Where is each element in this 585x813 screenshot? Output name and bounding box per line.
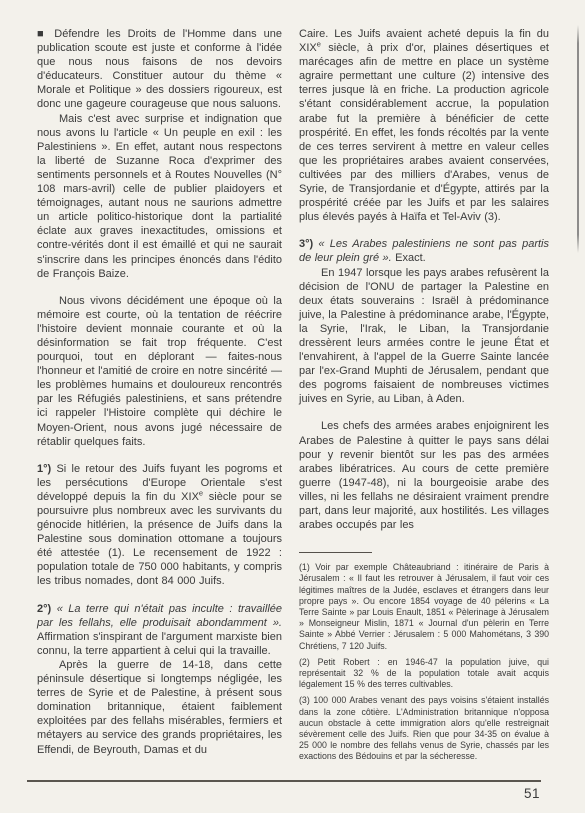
text-segment: XIX — [299, 42, 317, 54]
text-segment: En 1947 lorsque les pays arabes refusère… — [299, 267, 549, 406]
page-number: 51 — [524, 786, 540, 801]
text-segment: Défendre les Droits de l'Homme dans une … — [37, 28, 282, 110]
paragraph-events-1947: En 1947 lorsque les pays arabes refusère… — [299, 266, 549, 407]
square-bullet-icon: ■ — [37, 28, 54, 40]
text-segment: Les chefs des armées arabes enjoignirent… — [299, 420, 549, 531]
text-segment: « La terre qui n'était pas inculte : tra… — [37, 603, 282, 629]
text-columns: ■ Défendre les Droits de l'Homme dans un… — [37, 27, 549, 763]
text-segment: Exact. — [392, 252, 426, 264]
paragraph-after-ww1: Après la guerre de 14-18, dans cette pén… — [37, 658, 282, 757]
paragraph-footnote-2: (2) Petit Robert : en 1946-47 la populat… — [299, 657, 549, 691]
footer-rule — [27, 780, 541, 782]
text-segment: siècle pour se poursuivre plus nombreux … — [37, 491, 282, 588]
text-segment: (3) 100 000 Arabes venant des pays voisi… — [299, 695, 549, 761]
paragraph-point-3: 3°) « Les Arabes palestiniens ne sont pa… — [299, 237, 549, 265]
text-segment: (2) Petit Robert : en 1946-47 la populat… — [299, 657, 549, 689]
paragraph-land-purchases: Caire. Les Juifs avaient acheté depuis l… — [299, 27, 549, 224]
right-column: Caire. Les Juifs avaient acheté depuis l… — [299, 27, 549, 763]
text-segment: Nous vivons décidément une époque où la … — [37, 295, 282, 448]
text-segment: (1) Voir par exemple Châteaubriand : iti… — [299, 562, 549, 650]
left-column: ■ Défendre les Droits de l'Homme dans un… — [37, 27, 282, 763]
paragraph-era-reflection: Nous vivons décidément une époque où la … — [37, 294, 282, 449]
text-segment: Après la guerre de 14-18, dans cette pén… — [37, 659, 282, 756]
footnotes: (1) Voir par exemple Châteaubriand : iti… — [299, 562, 549, 762]
paragraph-point-1: 1°) Si le retour des Juifs fuyant les po… — [37, 462, 282, 589]
text-segment: Affirmation s'inspirant de l'argument ma… — [37, 631, 282, 657]
scan-artifact-line — [577, 25, 579, 253]
paragraph-intro: ■ Défendre les Droits de l'Homme dans un… — [37, 27, 282, 112]
text-segment: XIX — [181, 491, 199, 503]
paragraph-article-criticism: Mais c'est avec surprise et indignation … — [37, 112, 282, 281]
text-segment: 1°) — [37, 463, 56, 475]
paragraph-army-chiefs: Les chefs des armées arabes enjoignirent… — [299, 419, 549, 532]
text-segment: Mais c'est avec surprise et indignation … — [37, 113, 282, 280]
text-segment: 3°) — [299, 238, 318, 250]
text-segment: siècle, à prix d'or, plaines désertiques… — [299, 42, 549, 223]
paragraph-point-2: 2°) « La terre qui n'était pas inculte :… — [37, 602, 282, 658]
text-segment: Caire. Les Juifs avaient acheté depuis l… — [299, 28, 549, 40]
magazine-page: ■ Défendre les Droits de l'Homme dans un… — [0, 0, 585, 813]
footnote-separator-rule — [299, 552, 372, 553]
text-segment: 2°) — [37, 603, 57, 615]
right-column-text: Caire. Les Juifs avaient acheté depuis l… — [299, 27, 549, 532]
paragraph-footnote-1: (1) Voir par exemple Châteaubriand : iti… — [299, 562, 549, 652]
paragraph-footnote-3: (3) 100 000 Arabes venant des pays voisi… — [299, 695, 549, 762]
